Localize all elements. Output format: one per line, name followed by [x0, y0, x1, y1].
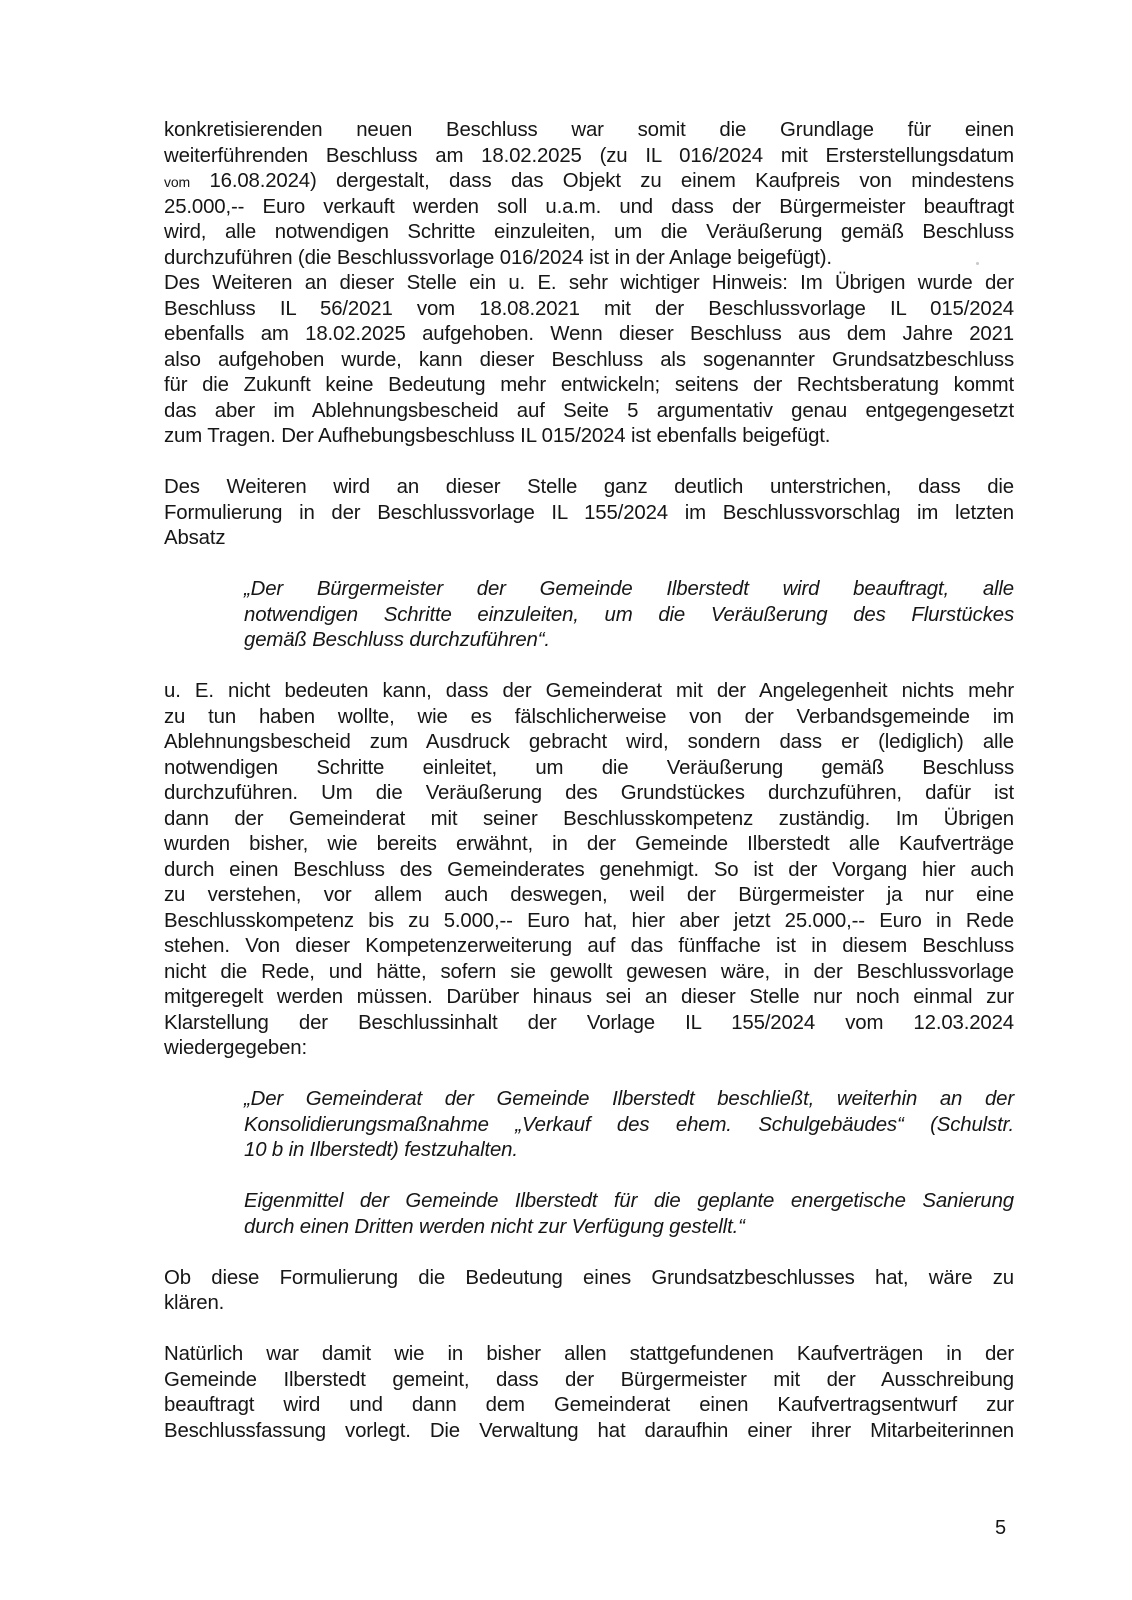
text-line: zu tun haben wollte, wie es fälschlicher…	[164, 705, 1014, 731]
paragraph-question: Ob diese Formulierung die Bedeutung eine…	[164, 1266, 1014, 1317]
text-line: das aber im Ablehnungsbescheid auf Seite…	[164, 399, 1014, 425]
text-line: Des Weiteren an dieser Stelle ein u. E. …	[164, 271, 1014, 297]
text-line: Beschlussfassung vorlegt. Die Verwaltung…	[164, 1419, 1014, 1445]
text-line: 25.000,-- Euro verkauft werden soll u.a.…	[164, 195, 1014, 221]
text-line: konkretisierenden neuen Beschluss war so…	[164, 118, 1014, 144]
quote-line: gemäß Beschluss durchzuführen“.	[244, 628, 1014, 654]
text-line: wird, alle notwendigen Schritte einzulei…	[164, 220, 1014, 246]
text-line: Ablehnungsbescheid zum Ausdruck gebracht…	[164, 730, 1014, 756]
paragraph-resolution-background: konkretisierenden neuen Beschluss war so…	[164, 118, 1014, 450]
text-line: Natürlich war damit wie in bisher allen …	[164, 1342, 1014, 1368]
paragraph-emphasis: Des Weiteren wird an dieser Stelle ganz …	[164, 475, 1014, 552]
quote-line: „Der Bürgermeister der Gemeinde Ilberste…	[244, 577, 1014, 603]
text-line: klären.	[164, 1291, 1014, 1317]
paragraph-conclusion: Natürlich war damit wie in bisher allen …	[164, 1342, 1014, 1444]
text-line: weiterführenden Beschluss am 18.02.2025 …	[164, 144, 1014, 170]
paragraph-interpretation: u. E. nicht bedeuten kann, dass der Geme…	[164, 679, 1014, 1062]
text-line: Absatz	[164, 526, 1014, 552]
text-line: durchzuführen (die Beschlussvorlage 016/…	[164, 246, 1014, 272]
text-line: Beschluss IL 56/2021 vom 18.08.2021 mit …	[164, 297, 1014, 323]
text-line: Gemeinde Ilberstedt gemeint, dass der Bü…	[164, 1368, 1014, 1394]
text-line: wiedergegeben:	[164, 1036, 1014, 1062]
quote-line: durch einen Dritten werden nicht zur Ver…	[244, 1215, 1014, 1241]
text-line: ebenfalls am 18.02.2025 aufgehoben. Wenn…	[164, 322, 1014, 348]
text-line: beauftragt wird und dann dem Gemeinderat…	[164, 1393, 1014, 1419]
text-line: mitgeregelt werden müssen. Darüber hinau…	[164, 985, 1014, 1011]
text-line: für die Zukunft keine Bedeutung mehr ent…	[164, 373, 1014, 399]
scan-speck	[976, 262, 979, 265]
page-number: 5	[995, 1517, 1006, 1540]
text-line: stehen. Von dieser Kompetenzerweiterung …	[164, 934, 1014, 960]
text-line: notwendigen Schritte einleitet, um die V…	[164, 756, 1014, 782]
quote-line: notwendigen Schritte einzuleiten, um die…	[244, 603, 1014, 629]
text-line-rest: 16.08.2024) dergestalt, dass das Objekt …	[209, 170, 1014, 192]
text-line: Beschlusskompetenz bis zu 5.000,-- Euro …	[164, 909, 1014, 935]
text-line: Ob diese Formulierung die Bedeutung eine…	[164, 1266, 1014, 1292]
text-line: Des Weiteren wird an dieser Stelle ganz …	[164, 475, 1014, 501]
text-line: durchzuführen. Um die Veräußerung des Gr…	[164, 781, 1014, 807]
text-line: wurden bisher, wie bereits erwähnt, in d…	[164, 832, 1014, 858]
text-line: Klarstellung der Beschlussinhalt der Vor…	[164, 1011, 1014, 1037]
text-line: also aufgehoben wurde, kann dieser Besch…	[164, 348, 1014, 374]
text-line: durch einen Beschluss des Gemeinderates …	[164, 858, 1014, 884]
quote-line: „Der Gemeinderat der Gemeinde Ilberstedt…	[244, 1087, 1014, 1113]
text-line: zum Tragen. Der Aufhebungsbeschluss IL 0…	[164, 424, 1014, 450]
quote-own-funds: Eigenmittel der Gemeinde Ilberstedt für …	[244, 1189, 1014, 1240]
quote-mayor-mandate: „Der Bürgermeister der Gemeinde Ilberste…	[244, 577, 1014, 654]
quote-council-resolution: „Der Gemeinderat der Gemeinde Ilberstedt…	[244, 1087, 1014, 1164]
text-line: vom 16.08.2024) dergestalt, dass das Obj…	[164, 169, 1014, 195]
text-line: u. E. nicht bedeuten kann, dass der Geme…	[164, 679, 1014, 705]
quote-line: 10 b in Ilberstedt) festzuhalten.	[244, 1138, 1014, 1164]
text-line: nicht die Rede, und hätte, sofern sie ge…	[164, 960, 1014, 986]
text-line: Formulierung in der Beschlussvorlage IL …	[164, 501, 1014, 527]
document-page: konkretisierenden neuen Beschluss war so…	[164, 118, 1014, 1444]
small-prefix: vom	[164, 174, 190, 190]
text-line: zu verstehen, vor allem auch deswegen, w…	[164, 883, 1014, 909]
text-line: dann der Gemeinderat mit seiner Beschlus…	[164, 807, 1014, 833]
quote-line: Konsolidierungsmaßnahme „Verkauf des ehe…	[244, 1113, 1014, 1139]
quote-line: Eigenmittel der Gemeinde Ilberstedt für …	[244, 1189, 1014, 1215]
